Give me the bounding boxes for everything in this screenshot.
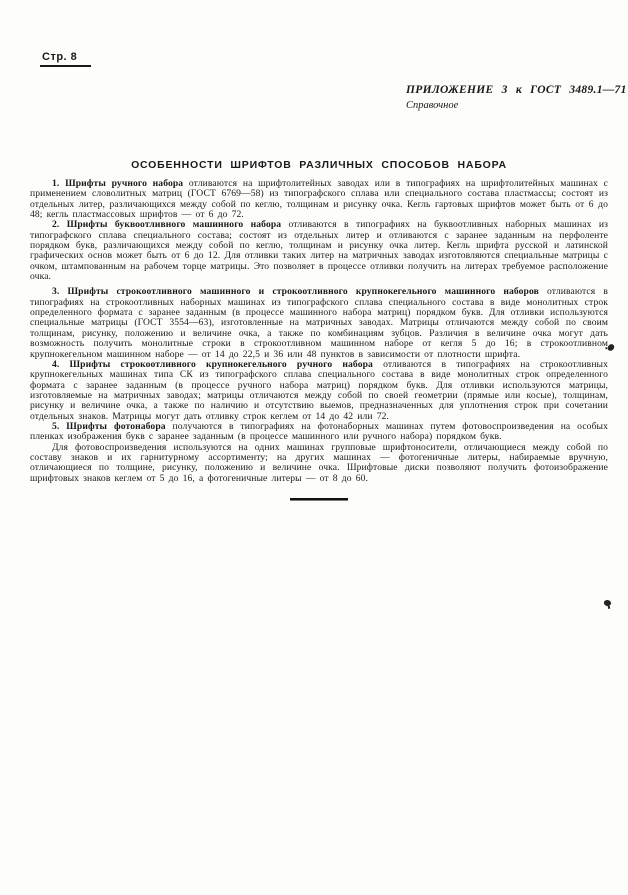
appendix-header: ПРИЛОЖЕНИЕ 3 к ГОСТ 3489.1—71 Справочное — [406, 84, 627, 112]
ink-speck-icon — [607, 343, 615, 352]
appendix-title: ПРИЛОЖЕНИЕ 3 к ГОСТ 3489.1—71 — [406, 84, 627, 97]
paragraph-5: 5. Шрифты фотонабора получаются в типогр… — [30, 422, 608, 443]
page-number-label: Стр. 8 — [40, 51, 91, 67]
paragraph-4-lead: 4. Шрифты строкоотливного крупнокегельно… — [52, 359, 373, 370]
paragraph-5-lead: 5. Шрифты фотонабора — [52, 421, 166, 432]
paragraph-1: 1. Шрифты ручного набора отливаются на ш… — [30, 179, 608, 220]
paragraph-3-text: отливаются в типографиях на строкоотливн… — [30, 286, 608, 359]
appendix-note: Справочное — [406, 99, 627, 112]
paragraph-2-text: отливаются в типографиях на буквоотливны… — [30, 219, 608, 282]
paragraph-4-text: отливаются в типографиях на строкоотливн… — [30, 359, 608, 422]
paragraph-4: 4. Шрифты строкоотливного крупнокегельно… — [30, 360, 608, 422]
document-page: Стр. 8 ПРИЛОЖЕНИЕ 3 к ГОСТ 3489.1—71 Спр… — [0, 0, 628, 895]
paragraph-2-lead: 2. Шрифты буквоотливного машинного набор… — [52, 219, 281, 230]
paragraph-6-text: Для фотовоспроизведения используются на … — [30, 442, 608, 484]
document-body: 1. Шрифты ручного набора отливаются на ш… — [30, 179, 608, 484]
paragraph-6: Для фотовоспроизведения используются на … — [30, 443, 608, 484]
section-divider-rule — [290, 498, 348, 500]
ink-speck-icon — [603, 599, 611, 606]
paragraph-3-lead: 3. Шрифты строкоотливного машинного и ст… — [52, 286, 539, 297]
paragraph-2: 2. Шрифты буквоотливного машинного набор… — [30, 220, 608, 282]
paragraph-1-lead: 1. Шрифты ручного набора — [52, 178, 183, 189]
paragraph-3: 3. Шрифты строкоотливного машинного и ст… — [30, 287, 608, 359]
page-title: ОСОБЕННОСТИ ШРИФТОВ РАЗЛИЧНЫХ СПОСОБОВ Н… — [30, 159, 608, 171]
